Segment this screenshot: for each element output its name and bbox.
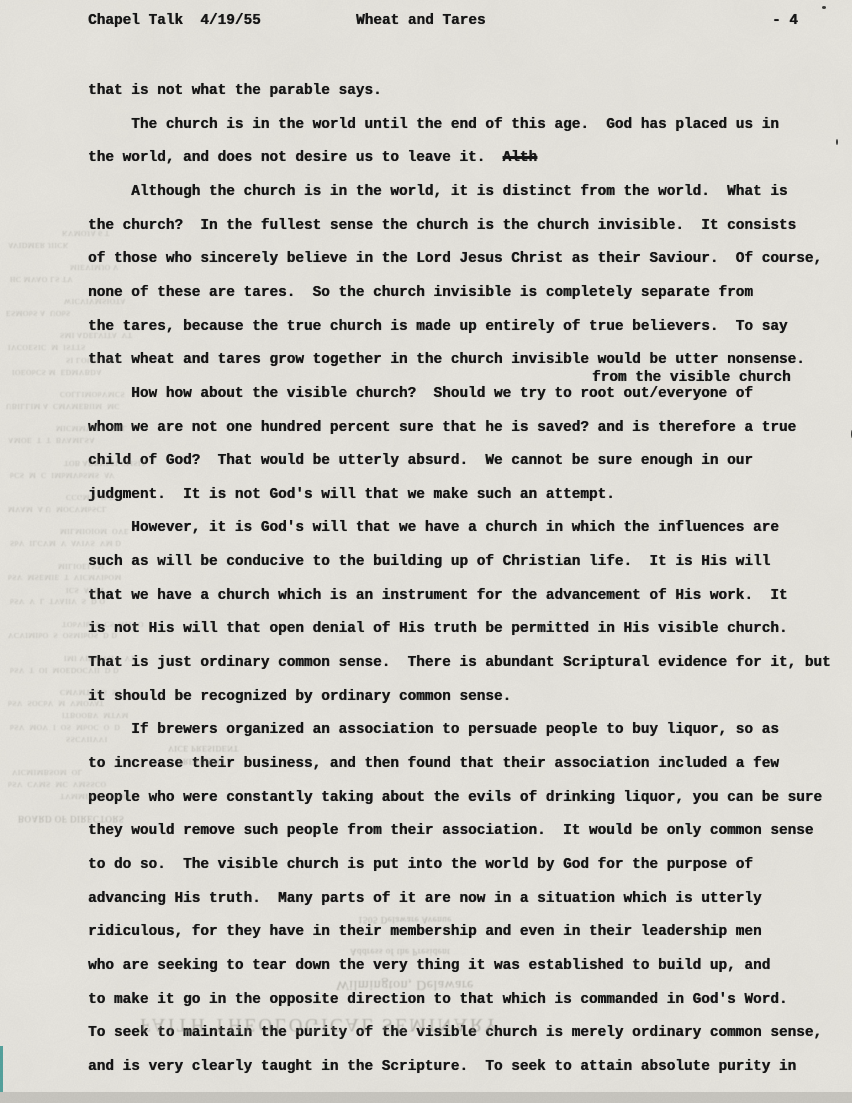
document-line: child of God? That would be utterly absu… xyxy=(88,454,753,468)
bleed-through-text: TOB ADBVESI CMSIA xyxy=(64,459,147,468)
document-line: they would remove such people from their… xyxy=(88,824,813,838)
bleed-through-text: KVMOJA 6 T xyxy=(62,229,110,238)
document-line: Although the church is in the world, it … xyxy=(88,185,788,199)
bleed-through-text: CCGMD ILE xyxy=(66,493,114,502)
bleed-through-text: COLLIMObVMCS xyxy=(60,390,125,399)
ink-speck xyxy=(836,139,838,145)
interline-insertion: from the visible church xyxy=(592,371,791,385)
bleed-through-text: bSV MSEMIE T VICMVIbOM xyxy=(8,573,122,582)
bleed-through-text: HC MVAO LS TV xyxy=(10,275,73,284)
bleed-through-text: ITBOOBV MTVM xyxy=(62,711,129,720)
document-line: is not His will that open denial of His … xyxy=(88,622,788,636)
document-line: that wheat and tares grow together in th… xyxy=(88,353,805,367)
bleed-through-text: Wilmington, Delaware xyxy=(336,976,474,992)
bleed-through-text: SMI ADELVITA VT xyxy=(60,331,133,340)
scan-bottom-band xyxy=(0,1092,852,1103)
document-line: the church? In the fullest sense the chu… xyxy=(88,219,796,233)
struck-out-word: Alth xyxy=(503,150,538,166)
document-line: people who were constantly taking about … xyxy=(88,791,822,805)
header-title-left: Chapel Talk 4/19/55 xyxy=(88,14,261,28)
bleed-through-text: bCS M C IMbMVbSMS AV xyxy=(10,471,115,480)
bleed-through-text: MILIOELVM xyxy=(58,562,105,571)
document-line: The church is in the world until the end… xyxy=(88,118,779,132)
document-line: judgment. It is not God's will that we m… xyxy=(88,488,615,502)
bleed-through-text: IMI VIEVIVIIV VT xyxy=(64,654,136,663)
bleed-through-text: PRESIDENT xyxy=(178,757,226,766)
document-line: That is just ordinary common sense. Ther… xyxy=(88,656,831,670)
bleed-through-text: bSV T OI MOEDOCVII D D xyxy=(10,666,119,675)
bleed-through-text: bSV MOV I OS MbOC O D xyxy=(10,723,120,732)
bleed-through-text: bSV CVMS MC VMSSCO xyxy=(8,780,107,789)
document-line: that is not what the parable says. xyxy=(88,84,382,98)
bleed-through-text: FAITH THEOLOGICAL SEMINARY xyxy=(140,1013,500,1035)
document-line: and is very clearly taught in the Script… xyxy=(88,1060,796,1074)
document-line: advancing His truth. Many parts of it ar… xyxy=(88,892,762,906)
bleed-through-text: MVAM A U MOCVMbSCL xyxy=(8,505,107,514)
bleed-through-text: SbV ILCVM V AVIVS VM D xyxy=(10,539,121,548)
document-line: If brewers organized an association to p… xyxy=(88,723,779,737)
bleed-through-text: IVCOESIC M ISTTS xyxy=(8,343,86,352)
bleed-through-text: AVIDMER JIICK xyxy=(8,241,69,250)
bleed-through-text: 1505 Delaware Avenue xyxy=(358,915,452,925)
document-line: that we have a church which is an instru… xyxy=(88,589,788,603)
bleed-through-text: CMVMTOIIS S xyxy=(60,688,117,697)
bleed-through-text: MIEVIMJO V xyxy=(70,263,119,272)
document-line: the world, and does not desire us to lea… xyxy=(88,151,537,165)
document-line: to make it go in the opposite direction … xyxy=(88,993,788,1007)
bleed-through-text: VICMIMBSOM OL xyxy=(12,768,83,777)
bleed-through-text: SI LOUIS MO xyxy=(66,356,118,365)
document-line: such as will be conducive to the buildin… xyxy=(88,555,770,569)
bleed-through-text: bSV V L TVAIIV S D O xyxy=(10,597,105,606)
bleed-through-text: WICVIVMSIOTA xyxy=(64,297,126,306)
bleed-through-text: bSV SOCbV M VMOVAT xyxy=(8,699,104,708)
bleed-through-text: ICS ATSA xyxy=(66,586,104,595)
bleed-through-text: VCVIMIbO S OSMIbOS D D xyxy=(8,631,117,640)
document-line: of those who sincerely believe in the Lo… xyxy=(88,252,822,266)
bleed-through-text: BOARD OF DIRECTORS xyxy=(18,814,124,824)
bleed-through-text: TObVIbSS CS ATIVO xyxy=(62,620,144,629)
bleed-through-text: AMOE T T BVAMLSA xyxy=(8,436,95,445)
bleed-through-text: MILMIOIOM OVE xyxy=(60,527,129,536)
header-title-center: Wheat and Tares xyxy=(356,14,486,28)
ink-speck xyxy=(822,6,826,9)
bleed-through-text: MICMMVIOA DEL xyxy=(56,424,127,433)
document-line: none of these are tares. So the church i… xyxy=(88,286,753,300)
bleed-through-text: UBILLIM A CMVMEBIIM MC xyxy=(6,402,120,411)
document-line: to do so. The visible church is put into… xyxy=(88,858,753,872)
document-line: ridiculous, for they have in their membe… xyxy=(88,925,762,939)
bleed-through-text: IOEObCS M EDMVBDA xyxy=(12,368,102,377)
document-line: it should be recognized by ordinary comm… xyxy=(88,690,511,704)
document-line: However, it is God's will that we have a… xyxy=(88,521,779,535)
scanned-document-page: Chapel Talk 4/19/55 Wheat and Tares - 4 … xyxy=(0,0,852,1103)
document-line: How how about the visible church? Should… xyxy=(88,387,753,401)
bleed-through-text: TVMMIV A TVMS xyxy=(60,792,131,801)
document-line: the tares, because the true church is ma… xyxy=(88,320,788,334)
bleed-through-text: VICE PRESIDENT xyxy=(168,744,239,753)
bleed-through-text: Address of the President xyxy=(350,947,450,957)
bleed-through-text: SSCVIIVVI xyxy=(66,735,108,744)
document-line: who are seeking to tear down the very th… xyxy=(88,959,770,973)
header-page-number: - 4 xyxy=(772,14,798,28)
bleed-through-text: ESMObS A UObS xyxy=(6,309,71,318)
document-line: whom we are not one hundred percent sure… xyxy=(88,421,796,435)
